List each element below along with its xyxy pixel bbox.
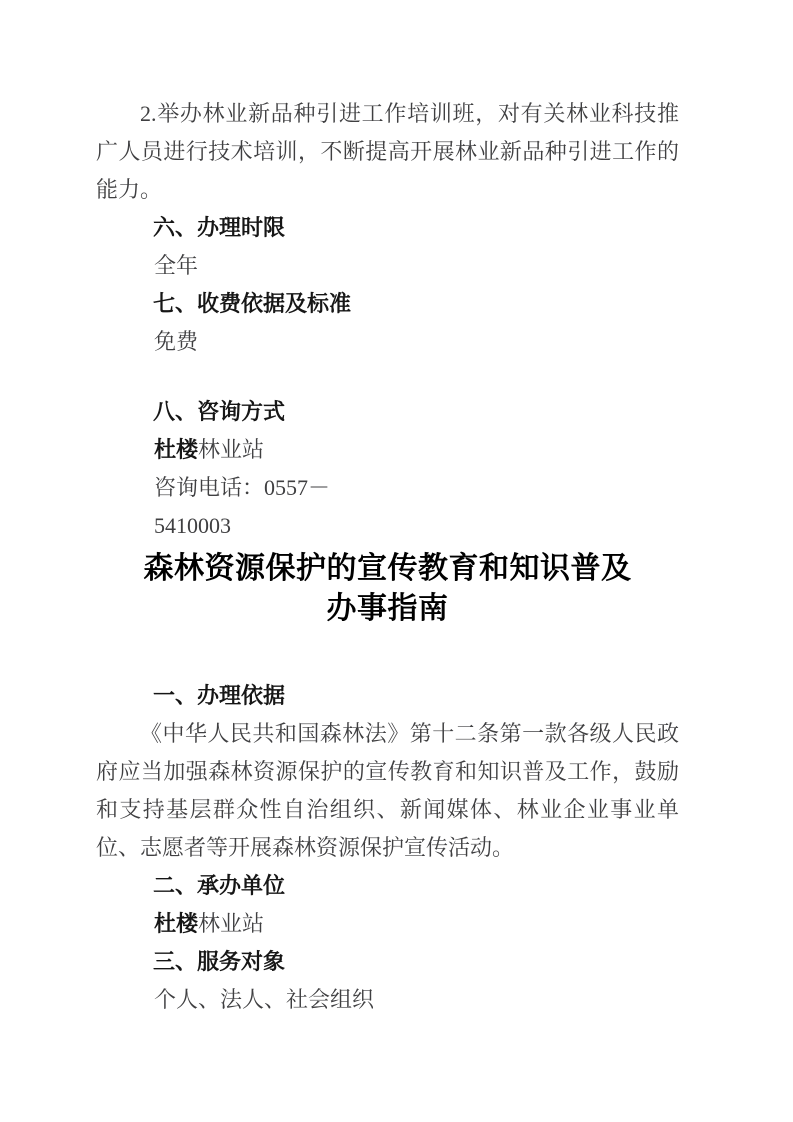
section-heading: 八、咨询方式 [96,393,679,431]
unit-name-rest: 林业站 [198,437,264,462]
body-line: 咨询电话：0557－ [96,469,679,507]
document-body: 2.举办林业新品种引进工作培训班，对有关林业科技推广人员进行技术培训，不断提高开… [0,0,793,1019]
document-title-line: 森林资源保护的宣传教育和知识普及 [96,549,679,589]
unit-name-emphasis: 杜楼 [154,911,198,936]
section-heading: 二、承办单位 [96,867,679,905]
body-line: 5410003 [96,507,679,545]
unit-name-rest: 林业站 [198,911,264,936]
unit-name-emphasis: 杜楼 [154,437,198,462]
paragraph: 《中华人民共和国森林法》第十二条第一款各级人民政府应当加强森林资源保护的宣传教育… [96,715,679,867]
section-heading: 三、服务对象 [96,943,679,981]
body-line: 杜楼林业站 [96,905,679,943]
body-line: 全年 [96,247,679,285]
section-heading: 六、办理时限 [96,209,679,247]
vertical-spacer [96,361,679,393]
document-page: 2.举办林业新品种引进工作培训班，对有关林业科技推广人员进行技术培训，不断提高开… [0,0,793,1122]
paragraph: 2.举办林业新品种引进工作培训班，对有关林业科技推广人员进行技术培训，不断提高开… [96,95,679,209]
section-heading: 一、办理依据 [96,677,679,715]
body-line: 免费 [96,323,679,361]
body-line: 个人、法人、社会组织 [96,981,679,1019]
document-title-line: 办事指南 [96,589,679,629]
body-line: 杜楼林业站 [96,431,679,469]
document-title: 森林资源保护的宣传教育和知识普及办事指南 [96,549,679,629]
section-heading: 七、收费依据及标准 [96,285,679,323]
